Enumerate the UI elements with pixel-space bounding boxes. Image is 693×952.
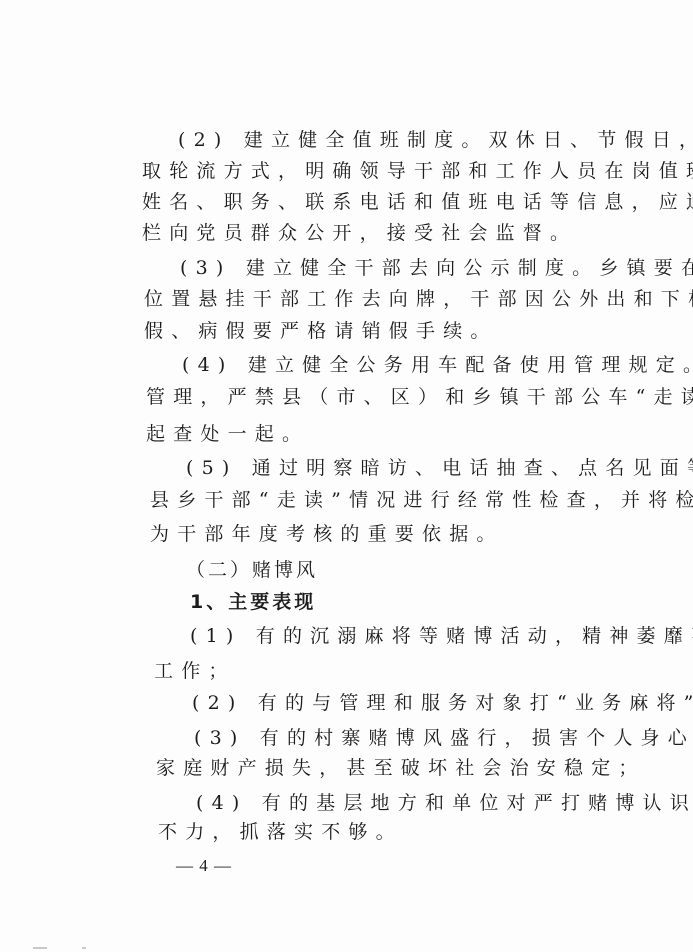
paragraph-2-line-2: 取轮流方式，明确领导干部和工作人员在岗值班。值班人员	[142, 159, 693, 183]
scan-artifact-mark	[82, 947, 86, 949]
item-1-line-2: 工作；	[154, 659, 236, 683]
item-4-line-2: 不力，抓落实不够。	[158, 820, 403, 844]
item-4-line-1: (4) 有的基层地方和单位对严打赌博认识不足、打击	[196, 791, 693, 815]
paragraph-3-line-2: 位置悬挂干部工作去向牌，干部因公外出和下村要报备，事	[144, 287, 693, 311]
section-heading-gambling: （二）赌博风	[186, 558, 318, 582]
paragraph-4-line-1: (4) 建立健全公务用车配备使用管理规定。严格公车	[182, 353, 693, 377]
paragraph-4-line-2: 管理，严禁县（市、区）和乡镇干部公车“走读”，发现一	[146, 385, 693, 409]
paragraph-5-line-1: (5) 通过明察暗访、电话抽查、点名见面等方式，对	[186, 456, 693, 480]
page-number: — 4 —	[176, 856, 232, 876]
paragraph-4-line-3: 起查处一起。	[146, 422, 309, 446]
document-page: (2) 建立健全值班制度。双休日、节假日，乡镇要采 取轮流方式，明确领导干部和工…	[0, 0, 693, 952]
paragraph-2-line-1: (2) 建立健全值班制度。双休日、节假日，乡镇要采	[178, 128, 693, 152]
subsection-heading-main-manifestations: 1、主要表现	[190, 590, 316, 614]
paragraph-3-line-1: (3) 建立健全干部去向公示制度。乡镇要在单位显著	[180, 256, 693, 280]
item-2-line-1: (2) 有的与管理和服务对象打“业务麻将”；	[192, 691, 693, 715]
item-3-line-2: 家庭财产损失，甚至破坏社会治安稳定；	[156, 756, 646, 780]
paragraph-2-line-4: 栏向党员群众公开，接受社会监督。	[142, 221, 577, 245]
paragraph-5-line-2: 县乡干部“走读”情况进行经常性检查，并将检查结果作	[150, 488, 693, 512]
paragraph-2-line-3: 姓名、职务、联系电话和值班电话等信息，应通过政务公开	[142, 190, 693, 214]
item-1-line-1: (1) 有的沉溺麻将等赌博活动，精神萎靡不振，影响	[190, 624, 693, 648]
paragraph-5-line-3: 为干部年度考核的重要依据。	[150, 522, 504, 546]
scan-artifact-mark	[33, 947, 47, 949]
item-3-line-1: (3) 有的村寨赌博风盛行，损害个人身心健康，造成	[194, 726, 693, 750]
paragraph-3-line-3: 假、病假要严格请销假手续。	[144, 319, 498, 343]
